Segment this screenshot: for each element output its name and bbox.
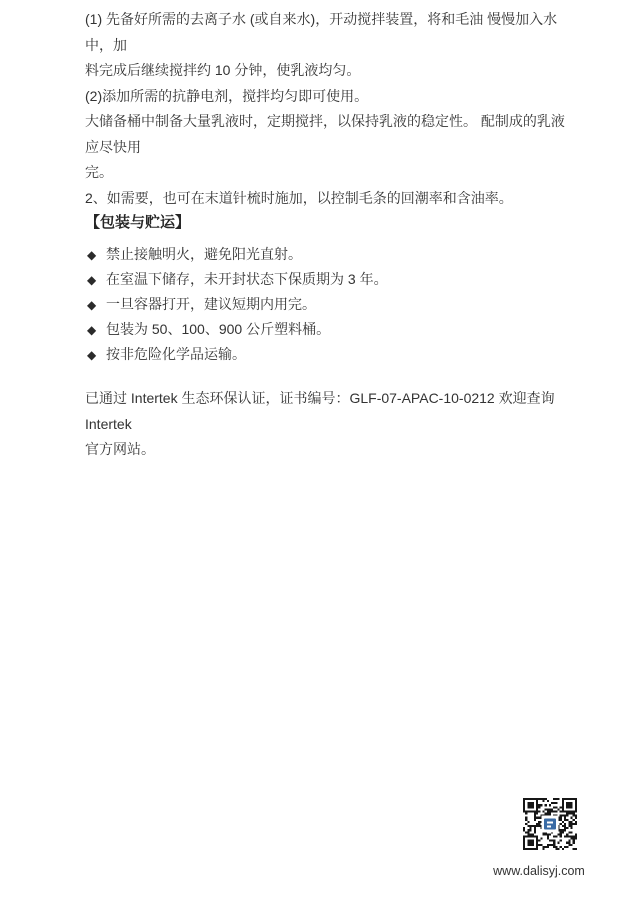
bullet-text: 一旦容器打开，建议短期内用完。 bbox=[106, 292, 316, 316]
list-item: ◆ 按非危险化学品运输。 bbox=[85, 342, 568, 367]
text-line: 大储备桶中制备大量乳液时，定期搅拌，以保持乳液的稳定性。 配制成的乳液应尽快用 bbox=[85, 109, 568, 160]
bullet-text: 禁止接触明火，避免阳光直射。 bbox=[106, 242, 302, 266]
document-page: (1) 先备好所需的去离子水 (或自来水)，开动搅拌装置，将和毛油 慢慢加入水中… bbox=[0, 0, 640, 905]
document-content: (1) 先备好所需的去离子水 (或自来水)，开动搅拌装置，将和毛油 慢慢加入水中… bbox=[0, 0, 640, 463]
list-item: ◆ 一旦容器打开，建议短期内用完。 bbox=[85, 292, 568, 317]
usage-steps-paragraph: (1) 先备好所需的去离子水 (或自来水)，开动搅拌装置，将和毛油 慢慢加入水中… bbox=[85, 7, 568, 211]
text-line: 2、如需要，也可在末道针梳时施加，以控制毛条的回潮率和含油率。 bbox=[85, 186, 568, 212]
text-line: 完。 bbox=[85, 160, 568, 186]
diamond-bullet-icon: ◆ bbox=[87, 268, 106, 292]
text-line: 已通过 Intertek 生态环保认证，证书编号：GLF-07-APAC-10-… bbox=[85, 386, 568, 437]
list-item: ◆ 包装为 50、100、900 公斤塑料桶。 bbox=[85, 317, 568, 342]
bullet-text: 在室温下储存，未开封状态下保质期为 3 年。 bbox=[106, 267, 388, 291]
qr-code bbox=[523, 798, 577, 850]
diamond-bullet-icon: ◆ bbox=[87, 318, 106, 342]
text-line: 料完成后继续搅拌约 10 分钟，使乳液均匀。 bbox=[85, 58, 568, 84]
list-item: ◆ 在室温下储存，未开封状态下保质期为 3 年。 bbox=[85, 267, 568, 292]
website-url: www.dalisyj.com bbox=[459, 864, 619, 878]
text-line: (1) 先备好所需的去离子水 (或自来水)，开动搅拌装置，将和毛油 慢慢加入水中… bbox=[85, 7, 568, 58]
text-line: 官方网站。 bbox=[85, 437, 568, 463]
section-heading-packaging-storage: 【包装与贮运】 bbox=[85, 211, 568, 235]
certification-paragraph: 已通过 Intertek 生态环保认证，证书编号：GLF-07-APAC-10-… bbox=[85, 386, 568, 463]
bullet-text: 包装为 50、100、900 公斤塑料桶。 bbox=[106, 317, 330, 341]
qr-center-logo bbox=[543, 818, 557, 831]
diamond-bullet-icon: ◆ bbox=[87, 243, 106, 267]
text-line: (2)添加所需的抗静电剂，搅拌均匀即可使用。 bbox=[85, 84, 568, 110]
bullet-text: 按非危险化学品运输。 bbox=[106, 342, 246, 366]
list-item: ◆ 禁止接触明火，避免阳光直射。 bbox=[85, 242, 568, 267]
packaging-bullet-list: ◆ 禁止接触明火，避免阳光直射。 ◆ 在室温下储存，未开封状态下保质期为 3 年… bbox=[85, 242, 568, 367]
diamond-bullet-icon: ◆ bbox=[87, 293, 106, 317]
diamond-bullet-icon: ◆ bbox=[87, 343, 106, 367]
